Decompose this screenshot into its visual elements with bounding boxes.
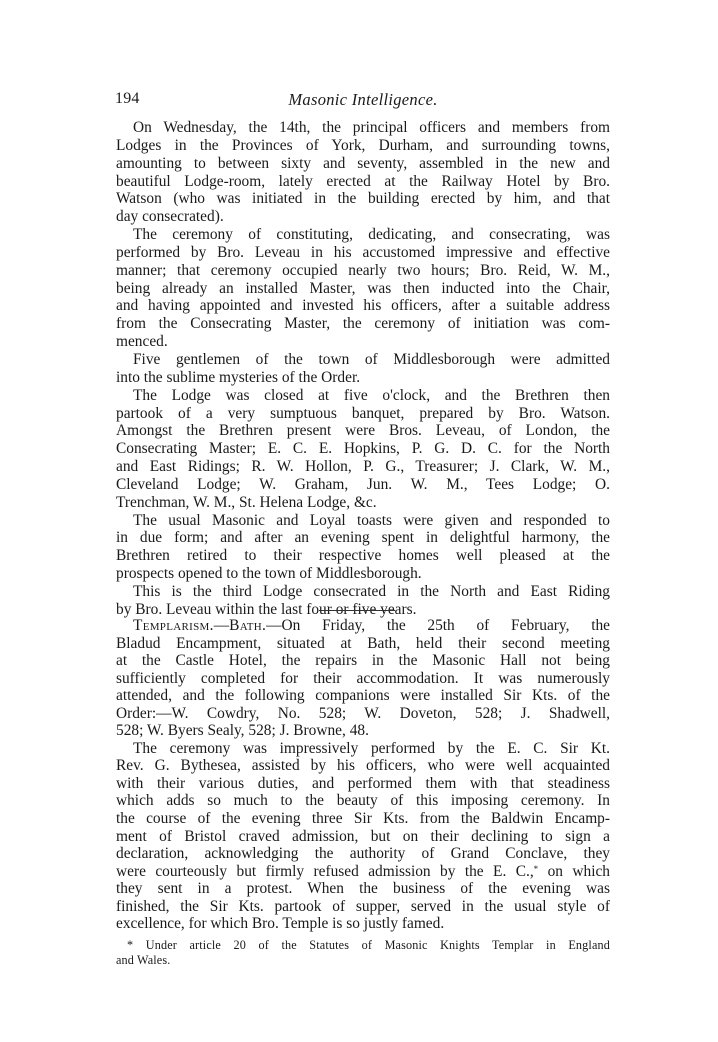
paragraph: This is the third Lodge consecrated in t… xyxy=(116,583,610,619)
text-line: being already an installed Master, was t… xyxy=(116,280,610,298)
text-line: amounting to between sixty and seventy, … xyxy=(116,155,610,173)
text-line: excellence, for which Bro. Temple is so … xyxy=(116,915,610,933)
footnote-line: * Under article 20 of the Statutes of Ma… xyxy=(116,938,610,953)
em-dash: — xyxy=(214,617,229,634)
running-title: Masonic Intelligence. xyxy=(115,90,611,110)
text-fragment: On Friday, the 25th of February, the xyxy=(282,617,610,634)
text-line: partook of a very sumptuous banquet, pre… xyxy=(116,405,610,423)
text-line: Watson (who was initiated in the buildin… xyxy=(116,190,610,208)
text-line: Order:—W. Cowdry, No. 528; W. Doveton, 5… xyxy=(116,705,610,723)
text-line: Amongst the Brethren present were Bros. … xyxy=(116,422,610,440)
text-line: from the Consecrating Master, the ceremo… xyxy=(116,315,610,333)
text-line: This is the third Lodge consecrated in t… xyxy=(116,583,610,601)
text-line: ment of Bristol craved admission, but on… xyxy=(116,828,610,846)
paragraph: Templarism.—Bath.—On Friday, the 25th of… xyxy=(116,617,610,740)
text-line: On Wednesday, the 14th, the principal of… xyxy=(116,119,610,137)
text-line: into the sublime mysteries of the Order. xyxy=(116,369,610,387)
text-line: with their various duties, and performed… xyxy=(116,775,610,793)
article-templarism-bath: Templarism.—Bath.—On Friday, the 25th of… xyxy=(116,617,610,933)
text-line: and East Ridings; R. W. Hollon, P. G., T… xyxy=(116,458,610,476)
text-line: and having appointed and invested his of… xyxy=(116,297,610,315)
text-line: The ceremony was impressively performed … xyxy=(116,740,610,758)
paragraph: The Lodge was closed at five o'clock, an… xyxy=(116,387,610,512)
paragraph: On Wednesday, the 14th, the principal of… xyxy=(116,119,610,226)
em-dash: — xyxy=(266,617,281,634)
footnote-line: and Wales. xyxy=(116,953,610,968)
text-line: Consecrating Master; E. C. E. Hopkins, P… xyxy=(116,440,610,458)
text-line: Bladud Encampment, situated at Bath, hel… xyxy=(116,635,610,653)
text-line: Rev. G. Bythesea, assisted by his office… xyxy=(116,757,610,775)
text-line: The usual Masonic and Loyal toasts were … xyxy=(116,512,610,530)
text-fragment: on which xyxy=(538,863,610,880)
text-line: beautiful Lodge-room, lately erected at … xyxy=(116,173,610,191)
text-line: sufficiently completed for their accommo… xyxy=(116,670,610,688)
text-line: Lodges in the Provinces of York, Durham,… xyxy=(116,137,610,155)
text-line: prospects opened to the town of Middlesb… xyxy=(116,565,610,583)
text-line: manner; that ceremony occupied nearly tw… xyxy=(116,262,610,280)
text-line: Trenchman, W. M., St. Helena Lodge, &c. xyxy=(116,494,610,512)
section-heading: Templarism. xyxy=(133,617,214,634)
paragraph: The usual Masonic and Loyal toasts were … xyxy=(116,512,610,583)
text-line: day consecrated). xyxy=(116,208,610,226)
page-header: 194 Masonic Intelligence. xyxy=(115,90,611,110)
text-line: performed by Bro. Leveau in his accustom… xyxy=(116,244,610,262)
text-line: 528; W. Byers Sealy, 528; J. Browne, 48. xyxy=(116,722,610,740)
paragraph: The ceremony was impressively performed … xyxy=(116,740,610,933)
text-line: at the Castle Hotel, the repairs in the … xyxy=(116,652,610,670)
section-subheading: Bath. xyxy=(229,617,266,634)
text-line: Cleveland Lodge; W. Graham, Jun. W. M., … xyxy=(116,476,610,494)
text-line: they sent in a protest. When the busines… xyxy=(116,880,610,898)
paragraph: The ceremony of constituting, dedicating… xyxy=(116,226,610,351)
text-line: attended, and the following companions w… xyxy=(116,687,610,705)
text-line: Brethren retired to their respective hom… xyxy=(116,547,610,565)
article-middlesborough: On Wednesday, the 14th, the principal of… xyxy=(116,119,610,619)
text-line: were courteously but firmly refused admi… xyxy=(116,863,610,881)
section-divider xyxy=(319,610,395,611)
text-fragment: were courteously but firmly refused admi… xyxy=(116,863,534,880)
text-line: finished, the Sir Kts. partook of supper… xyxy=(116,898,610,916)
text-line: in due form; and after an evening spent … xyxy=(116,529,610,547)
text-line: declaration, acknowledging the authority… xyxy=(116,845,610,863)
text-line: the course of the evening three Sir Kts.… xyxy=(116,810,610,828)
text-line: which adds so much to the beauty of this… xyxy=(116,792,610,810)
footnote: * Under article 20 of the Statutes of Ma… xyxy=(116,938,610,968)
text-line: menced. xyxy=(116,333,610,351)
text-line: Templarism.—Bath.—On Friday, the 25th of… xyxy=(116,617,610,635)
text-line: The ceremony of constituting, dedicating… xyxy=(116,226,610,244)
text-line: The Lodge was closed at five o'clock, an… xyxy=(116,387,610,405)
text-line: Five gentlemen of the town of Middlesbor… xyxy=(116,351,610,369)
paragraph: Five gentlemen of the town of Middlesbor… xyxy=(116,351,610,387)
